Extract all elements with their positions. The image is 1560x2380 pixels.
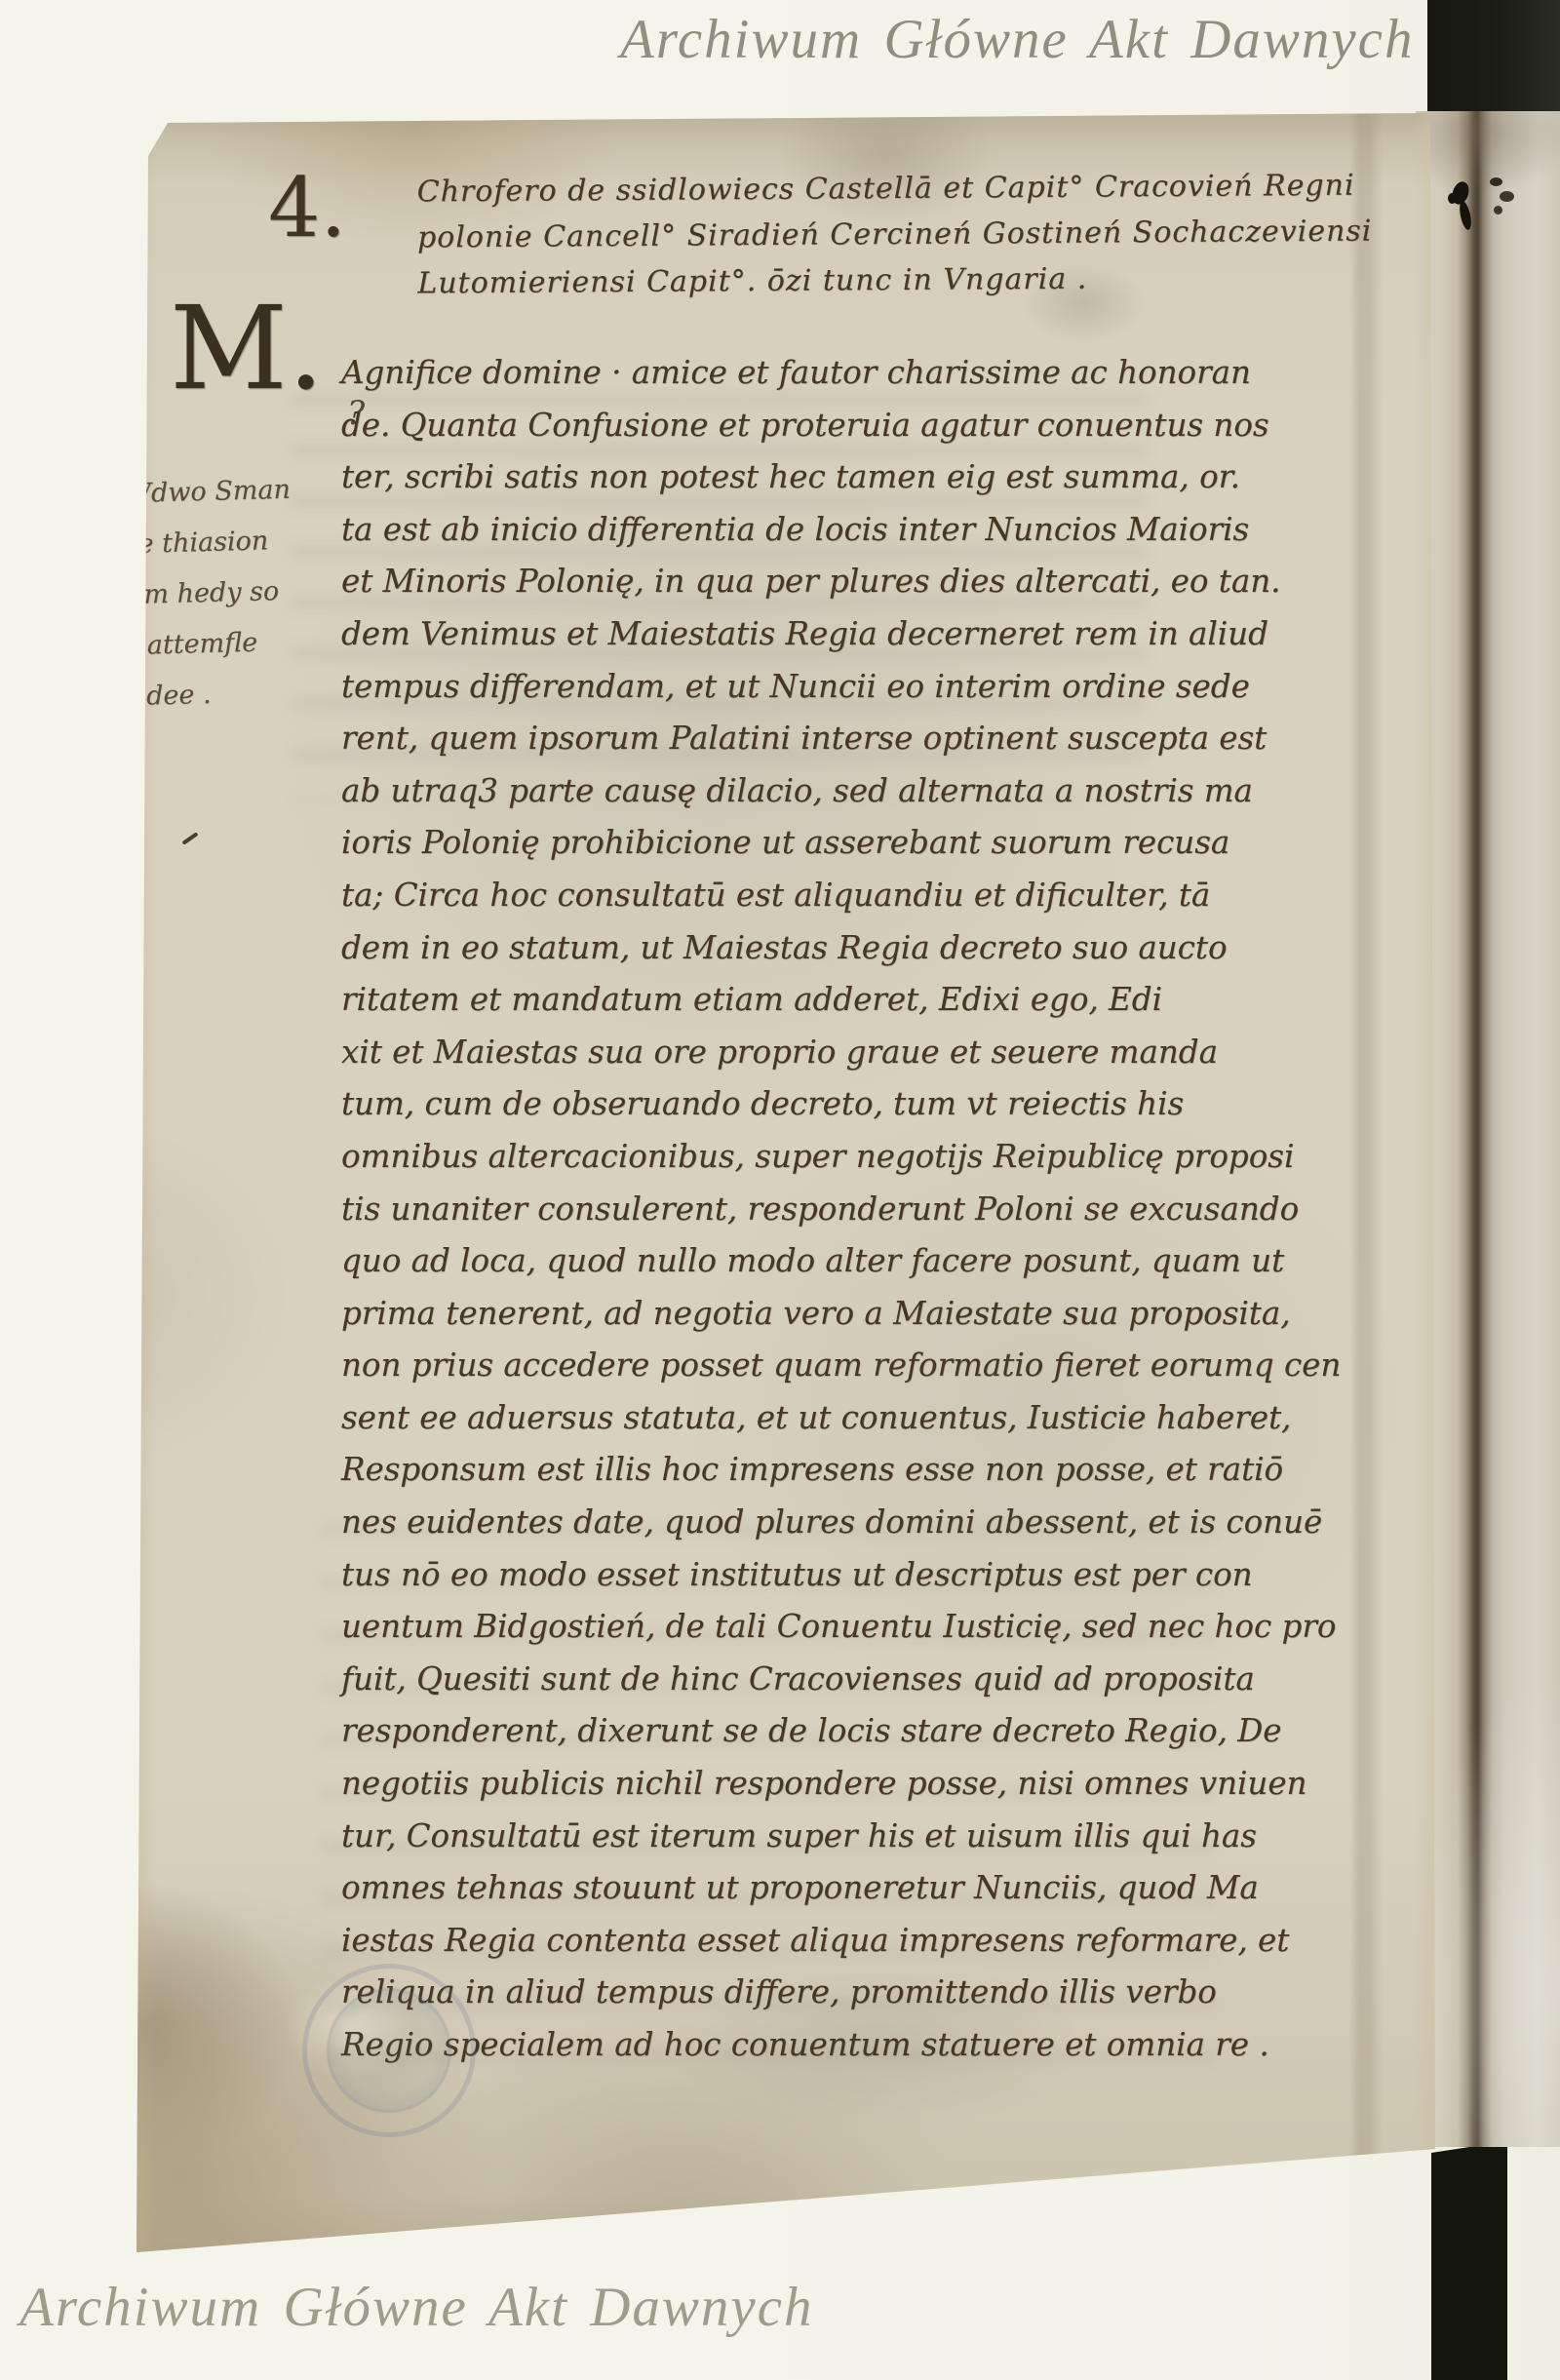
facing-page-gutter xyxy=(1416,111,1560,2147)
body-text-line: omnes tehnas stouunt ut proponeretur Nun… xyxy=(341,1862,1341,1915)
marginal-note-line: re thiasion xyxy=(125,514,360,570)
body-text-line: iestas Regia contenta esset aliqua impre… xyxy=(341,1915,1341,1968)
body-text-line: ritatem et mandatum etiam adderet, Edixi… xyxy=(341,974,1341,1027)
body-text-line: dem Venimus et Maiestatis Regia decerner… xyxy=(341,608,1341,661)
body-text-line: nes euidentes date, quod plures domini a… xyxy=(341,1497,1341,1549)
body-text-line: omnibus altercacionibus, super negotijs … xyxy=(341,1131,1341,1184)
header-line: polonie Cancell° Siradień Cercineń Gosti… xyxy=(417,209,1373,261)
body-text-line: dem in eo statum, ut Maiestas Regia decr… xyxy=(341,922,1341,975)
initial-letter-M: M. xyxy=(170,281,324,415)
body-text-line: uentum Bidgostień, de tali Conuentu Iust… xyxy=(341,1601,1341,1654)
ink-blot-icon xyxy=(1494,206,1502,215)
watermark-bottom: Archiwum Główne Akt Dawnych xyxy=(19,2276,813,2339)
body-text-line: Agnifice domine · amice et fautor charis… xyxy=(341,347,1341,400)
body-text-line: Responsum est illis hoc impresens esse n… xyxy=(341,1444,1341,1497)
body-text-line: quo ad loca, quod nullo modo alter facer… xyxy=(341,1235,1341,1288)
letter-body-text: Agnifice domine · amice et fautor charis… xyxy=(341,347,1341,2072)
body-text-line: et Minoris Polonię, in qua per plures di… xyxy=(341,556,1341,608)
body-text-line: ab utraq3 parte causę dilacio, sed alter… xyxy=(341,765,1341,818)
header-line: Chrofero de ssidlowiecs Castellā et Capi… xyxy=(417,163,1373,215)
body-text-line: Regio specialem ad hoc conuentum statuer… xyxy=(341,2019,1341,2072)
body-text-line: tur, Consultatū est iterum super his et … xyxy=(341,1811,1341,1863)
body-text-line: responderent, dixerunt se de locis stare… xyxy=(341,1705,1341,1758)
letter-address-header: Chrofero de ssidlowiecs Castellā et Capi… xyxy=(417,163,1373,307)
body-text-line: tis unaniter consulerent, responderunt P… xyxy=(341,1184,1341,1236)
body-text-line: prima tenerent, ad negotia vero a Maiest… xyxy=(341,1288,1341,1341)
body-text-line: negotiis publicis nichil respondere poss… xyxy=(341,1758,1341,1811)
body-text-line: non prius accedere posset quam reformati… xyxy=(341,1340,1341,1392)
ink-blot-icon xyxy=(1490,177,1502,186)
body-text-line: tus nō eo modo esset institutus ut descr… xyxy=(341,1549,1341,1602)
body-text-line: reliqua in aliud tempus differe, promitt… xyxy=(341,1967,1341,2019)
spine-shadow-top xyxy=(1427,0,1560,119)
body-text-line: ter, scribi satis non potest hec tamen e… xyxy=(341,451,1341,504)
watermark-top: Archiwum Główne Akt Dawnych xyxy=(620,8,1414,71)
marginal-note-line: t attemfle xyxy=(128,615,363,672)
marginal-note-line: um hedy so xyxy=(126,565,361,621)
manuscript-scan: 4. Chrofero de ssidlowiecs Castellā et C… xyxy=(0,0,1560,2380)
manuscript-page: 4. Chrofero de ssidlowiecs Castellā et C… xyxy=(125,109,1438,2264)
body-text-line: tempus differendam, et ut Nuncii eo inte… xyxy=(341,661,1341,714)
ink-blot-icon xyxy=(1500,191,1514,202)
archive-stamp-inner-ring xyxy=(319,1980,460,2122)
spine-shadow-bottom xyxy=(1431,2141,1507,2380)
marginal-note-line: ndee . xyxy=(129,666,364,722)
body-text-line: fuit, Quesiti sunt de hinc Cracovienses … xyxy=(341,1654,1341,1706)
body-text-line: ta; Circa hoc consultatū est aliquandiu … xyxy=(341,870,1341,922)
body-text-line: tum, cum de obseruando decreto, tum vt r… xyxy=(341,1078,1341,1131)
body-text-line: ta est ab inicio differentia de locis in… xyxy=(341,504,1341,557)
body-text-line: de. Quanta Confusione et proteruia agatu… xyxy=(341,400,1341,452)
header-line: Lutomieriensi Capit°. ōzi tunc in Vngari… xyxy=(417,254,1373,307)
body-text-line: ioris Polonię prohibicione ut asserebant… xyxy=(341,817,1341,870)
body-text-line: xit et Maiestas sua ore proprio graue et… xyxy=(341,1027,1341,1079)
stray-ink-mark xyxy=(181,832,198,845)
ink-blot-icon xyxy=(1448,193,1457,204)
body-text-line: rent, quem ipsorum Palatini interse opti… xyxy=(341,713,1341,765)
body-text-line: sent ee aduersus statuta, et ut conuentu… xyxy=(341,1392,1341,1445)
marginal-annotation: Wdwo Smanre thiasionum hedy sot attemfle… xyxy=(124,463,365,722)
folio-number: 4. xyxy=(268,160,346,255)
marginal-note-line: Wdwo Sman xyxy=(124,463,359,520)
ink-blot-icon xyxy=(1458,200,1473,230)
